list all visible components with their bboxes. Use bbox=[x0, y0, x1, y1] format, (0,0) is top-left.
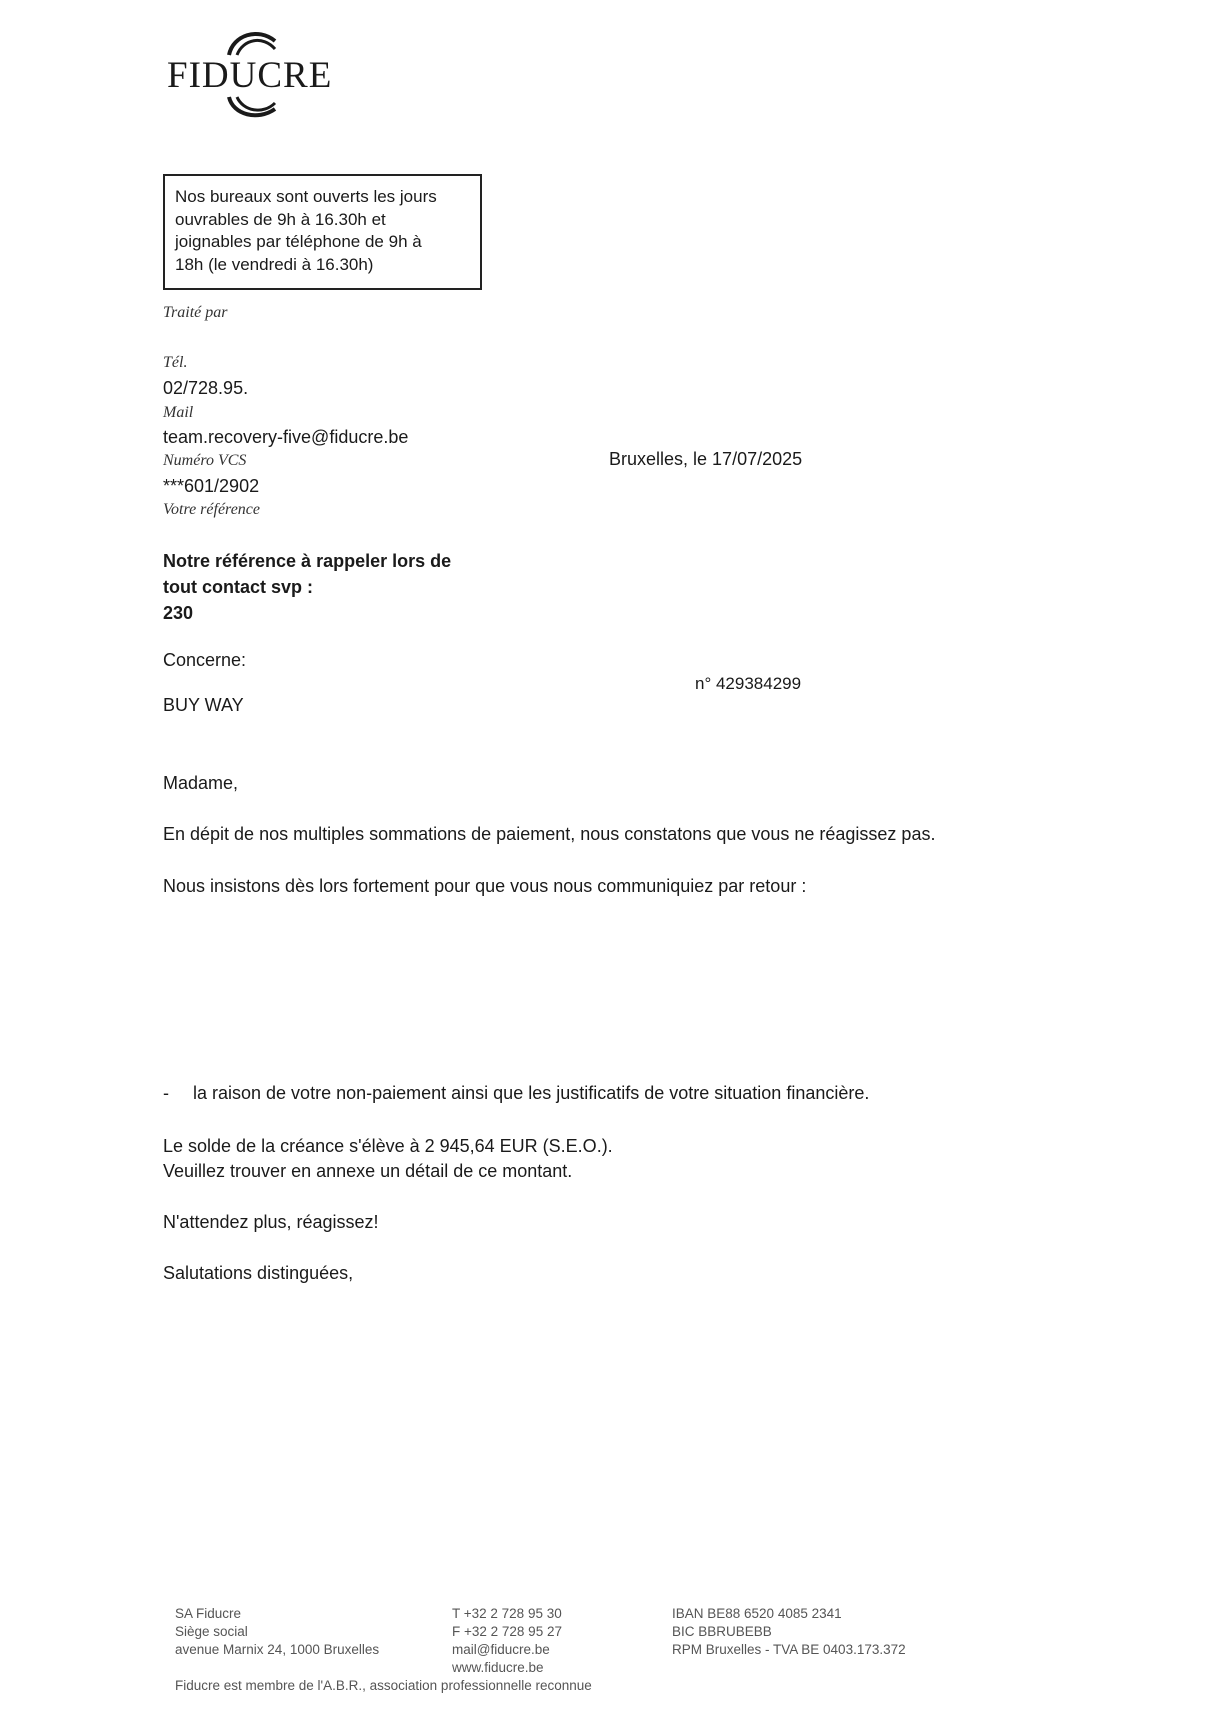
mail-value[interactable]: team.recovery-five@fiducre.be bbox=[163, 426, 408, 448]
footer-line: avenue Marnix 24, 1000 Bruxelles bbox=[175, 1641, 379, 1659]
closing: Salutations distinguées, bbox=[163, 1262, 353, 1284]
phone-value: 02/728.95. bbox=[163, 377, 248, 399]
vcs-label: Numéro VCS bbox=[163, 451, 246, 471]
office-hours-notice: Nos bureaux sont ouverts les jours ouvra… bbox=[163, 174, 482, 290]
footer-line: Siège social bbox=[175, 1623, 379, 1641]
subject-label: Concerne: bbox=[163, 649, 246, 671]
fiducre-logo: FIDUCRE bbox=[163, 25, 353, 120]
footer-registration: RPM Bruxelles - TVA BE 0403.173.372 bbox=[672, 1641, 906, 1659]
hours-line: ouvrables de 9h à 16.30h et bbox=[175, 209, 470, 232]
logo-text: FIDUCRE bbox=[167, 54, 332, 97]
hours-line: 18h (le vendredi à 16.30h) bbox=[175, 254, 470, 277]
footer-line: SA Fiducre bbox=[175, 1605, 379, 1623]
file-number: n° 429384299 bbox=[695, 673, 801, 695]
urge-line: N'attendez plus, réagissez! bbox=[163, 1211, 379, 1233]
reference-line-2: tout contact svp : bbox=[163, 576, 313, 598]
annex-line: Veuillez trouver en annexe un détail de … bbox=[163, 1160, 572, 1182]
reference-line-1: Notre référence à rappeler lors de bbox=[163, 550, 451, 572]
footer-company: SA Fiducre Siège social avenue Marnix 24… bbox=[175, 1605, 379, 1659]
footer-phone: T +32 2 728 95 30 bbox=[452, 1605, 562, 1623]
paragraph-2: Nous insistons dès lors fortement pour q… bbox=[163, 875, 806, 897]
footer-bank: IBAN BE88 6520 4085 2341 BIC BBRUBEBB RP… bbox=[672, 1605, 906, 1659]
phone-label: Tél. bbox=[163, 353, 187, 373]
footer-email[interactable]: mail@fiducre.be bbox=[452, 1641, 562, 1659]
footer-contact: T +32 2 728 95 30 F +32 2 728 95 27 mail… bbox=[452, 1605, 562, 1677]
balance-line: Le solde de la créance s'élève à 2 945,6… bbox=[163, 1135, 613, 1157]
date-line: Bruxelles, le 17/07/2025 bbox=[609, 448, 802, 470]
footer-website[interactable]: www.fiducre.be bbox=[452, 1659, 562, 1677]
your-reference-label: Votre référence bbox=[163, 500, 260, 520]
salutation: Madame, bbox=[163, 772, 238, 794]
footer-membership: Fiducre est membre de l'A.B.R., associat… bbox=[175, 1677, 592, 1695]
paragraph-1: En dépit de nos multiples sommations de … bbox=[163, 823, 935, 845]
footer-iban: IBAN BE88 6520 4085 2341 bbox=[672, 1605, 906, 1623]
vcs-value: ***601/2902 bbox=[163, 475, 259, 497]
hours-line: Nos bureaux sont ouverts les jours bbox=[175, 186, 470, 209]
footer-fax: F +32 2 728 95 27 bbox=[452, 1623, 562, 1641]
bullet-marker: - bbox=[163, 1082, 169, 1104]
creditor-name: BUY WAY bbox=[163, 694, 244, 716]
mail-label: Mail bbox=[163, 403, 193, 423]
bullet-item: la raison de votre non-paiement ainsi qu… bbox=[193, 1082, 869, 1104]
reference-value: 230 bbox=[163, 602, 193, 624]
footer-bic: BIC BBRUBEBB bbox=[672, 1623, 906, 1641]
hours-line: joignables par téléphone de 9h à bbox=[175, 231, 470, 254]
handled-by-label: Traité par bbox=[163, 303, 227, 323]
